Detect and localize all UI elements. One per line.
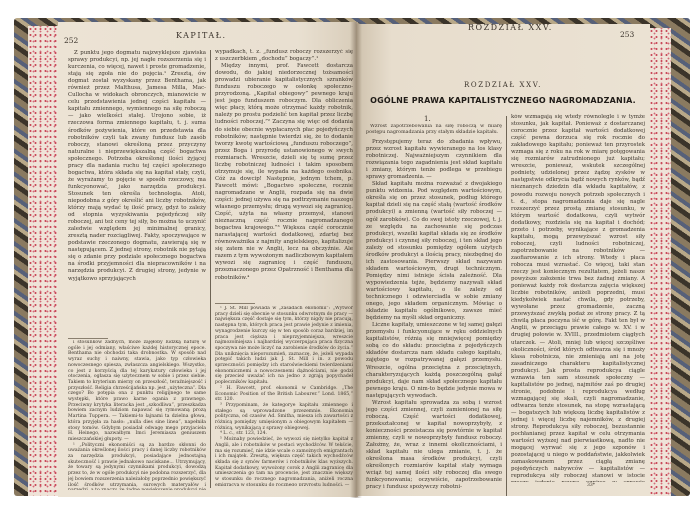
footnote-rule <box>215 303 255 304</box>
paragraph: Między innymi, prof. Fawcett dostarcza d… <box>215 63 353 281</box>
speckled-page-edge-right <box>648 28 671 496</box>
column-divider <box>210 50 211 488</box>
right-page: ROZDZIAŁ XXV. 253 ROZDZIAŁ XXV. OGÓLNE P… <box>356 24 650 496</box>
column-divider <box>506 116 507 496</box>
section-lead: Wzrost zapotrzebowania na siłę roboczą w… <box>366 124 502 136</box>
footnote: ¹ „Polityczni ekonomiści są za bardzo sk… <box>68 443 206 490</box>
paragraph: ków wzmagają się wtedy równolegle i w ty… <box>511 114 645 482</box>
page-number-left: 252 <box>64 36 78 45</box>
footnotes-left-column-2: ¹ J. St. Mill powiada w „zasadach ekonom… <box>215 306 353 486</box>
paragraph: Przystępujemy teraz do zbadania wpływu, … <box>366 139 502 181</box>
footnote: ¹ J. St. Mill powiada w „zasadach ekonom… <box>215 306 353 386</box>
left-page-column-1: Z punktu jego dogmatu najzwyklejsze zjaw… <box>68 50 206 333</box>
footnote: i stosunków żadnych, może zajęłoby ludzk… <box>68 340 206 443</box>
speckled-page-edge-left <box>28 26 61 496</box>
paragraph: Wzrost kapitału sprowadza za sobą i wzro… <box>366 400 502 492</box>
left-page: 252 KAPITAŁ. Z punktu jego dogmatu najzw… <box>58 22 358 497</box>
left-page-column-2: wypadkach, t. z. „fundusz roboczy rozsze… <box>215 49 353 300</box>
running-head-left: KAPITAŁ. <box>176 31 227 40</box>
right-page-column-1: Wzrost zapotrzebowania na siłę roboczą w… <box>366 124 502 496</box>
section-number: 1. <box>424 115 431 123</box>
paragraph: wypadkach, t. z. „fundusz roboczy rozsze… <box>215 49 353 63</box>
running-head-right: ROZDZIAŁ XXV. <box>468 23 553 32</box>
footnote-rule <box>68 338 108 339</box>
signature-mark: 33* <box>587 483 595 488</box>
footnotes-left-column-1: i stosunków żadnych, może zajęłoby ludzk… <box>68 340 206 490</box>
footnote: ⁵ Możnaby powiedzieć, że wywozi się niet… <box>215 437 353 486</box>
right-page-column-2: ków wzmagają się wtedy równolegle i w ty… <box>511 114 645 482</box>
book-spine-gutter <box>350 22 362 498</box>
chapter-title: OGÓLNE PRAWA KAPITALISTYCZNEGO NAGROMADZ… <box>356 96 650 105</box>
paragraph: Skład kapitału można rozważać z dwojakie… <box>366 181 502 322</box>
page-number-right: 253 <box>620 30 634 39</box>
footnote: ² H. Fawcett, prof. ekonomii w Cambridge… <box>215 386 353 403</box>
paragraph: Z punktu jego dogmatu najzwyklejsze zjaw… <box>68 50 206 283</box>
paragraph: Liczne kapitały, umieszczone w tej samej… <box>366 322 502 400</box>
footnote: ³ Przypominam, że kategorye kapitału zmi… <box>215 403 353 432</box>
chapter-label: ROZDZIAŁ XXV. <box>356 81 650 89</box>
